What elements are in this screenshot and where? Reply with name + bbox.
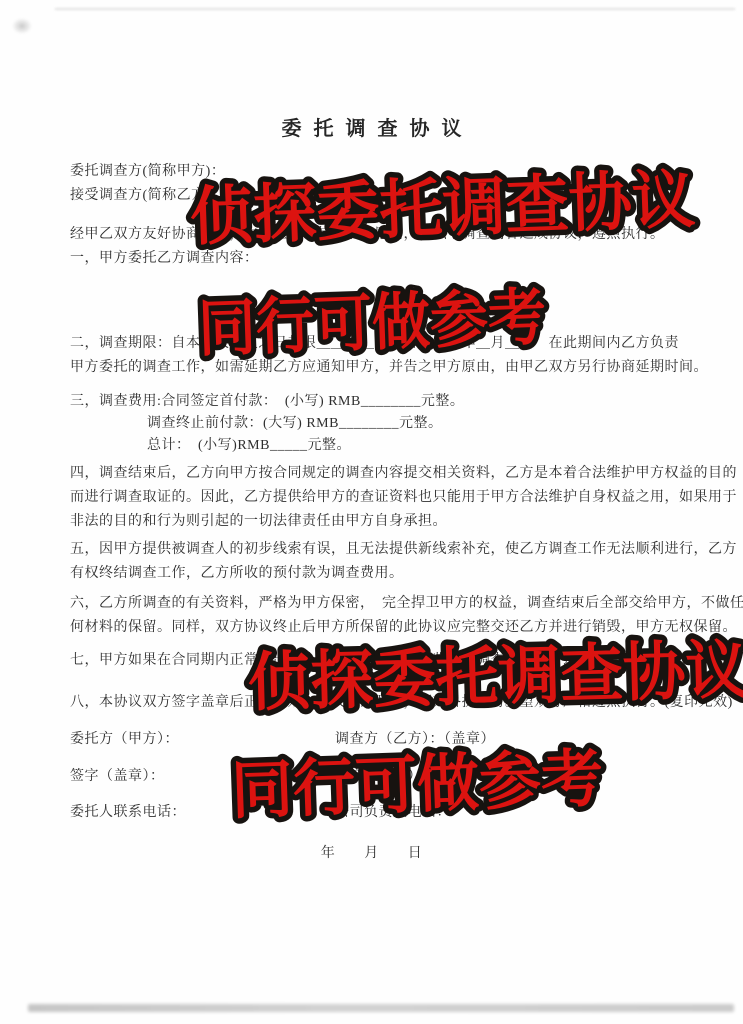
scan-corner-speck	[12, 18, 32, 34]
section-5-line-1: 五，因甲方提供被调查人的初步线索有误，且无法提供新线索补充，使乙方调查工作无法顺…	[70, 539, 737, 561]
party-b-line: 接受调查方(简称乙方)：	[70, 185, 225, 207]
date-line: 年 月 日	[0, 843, 743, 865]
section-1-line: 一，甲方委托乙方调查内容：	[70, 248, 259, 270]
section-3-line-1: 三，调查费用:合同签定首付款： (小写) RMB________元整。	[70, 391, 464, 413]
signature-party-a-sign-label: 签字（盖章）：	[70, 766, 165, 788]
section-4-line-2: 而进行调查取证的。因此，乙方提供给甲方的查证资料也只能用于甲方合法维护自身权益之…	[70, 487, 737, 509]
section-6-line-1: 六，乙方所调查的有关资料，严格为甲方保密， 完全捍卫甲方的权益，调查结束后全部交…	[70, 593, 743, 615]
party-b-phone-label: 公司负责人电话：	[335, 802, 451, 824]
party-a-line: 委托调查方(简称甲方)：	[70, 161, 225, 183]
signature-party-a-label: 委托方（甲方）：	[70, 729, 179, 751]
section-6-line-2: 何材料的保留。同样，双方协议终止后甲方所保留的此协议应完整交还乙方并进行销毁，甲…	[70, 617, 737, 639]
section-2-line-1: 二，调查期限：自本协议签定之日起限＿＿年＿月＿日至＿＿年＿月＿日 在此期间内乙方…	[70, 333, 679, 355]
signature-party-b-label: 调查方（乙方）：（盖章）	[335, 729, 495, 751]
document-title: 委托调查协议	[0, 112, 743, 141]
section-7-line: 七，甲方如果在合同期内正常提出终止调查工作，乙方所收取的调查费用不予退还。	[70, 650, 607, 672]
section-3-line-2: 调查终止前付款：(大写) RMB________元整。	[147, 413, 442, 435]
scanned-contract-page: 委托调查协议 委托调查方(简称甲方)： 接受调查方(简称乙方)： 经甲乙双方友好…	[0, 0, 743, 1024]
scan-edge-artifact-bottom	[28, 1004, 734, 1012]
preamble-line: 经甲乙双方友好协商确定，本着坦诚诚信简洁的原则，就以下调查内容达成协议，遵照执行…	[70, 224, 665, 246]
section-2-line-2: 甲方委托的调查工作，如需延期乙方应通知甲方，并告之甲方原由，由甲乙双方另行协商延…	[70, 357, 708, 379]
section-4-line-3: 非法的目的和行为则引起的一切法律责任由甲方自身承担。	[70, 511, 447, 533]
scan-edge-artifact-top	[55, 8, 735, 10]
section-4-line-1: 四，调查结束后，乙方向甲方按合同规定的调查内容提交相关资料，乙方是本着合法维护甲…	[70, 463, 737, 485]
section-8-line: 八，本协议双方签字盖章后正式生效，协议一式两份，双方各执一份。望双方严格遵照执行…	[70, 692, 733, 714]
section-5-line-2: 有权终结调查工作，乙方所收的预付款为调查费用。	[70, 563, 404, 585]
section-3-line-3: 总计： (小写)RMB_____元整。	[147, 435, 351, 457]
party-a-phone-label: 委托人联系电话：	[70, 802, 186, 824]
signature-party-b-sign-label: 签字（盖章）：	[335, 766, 430, 788]
